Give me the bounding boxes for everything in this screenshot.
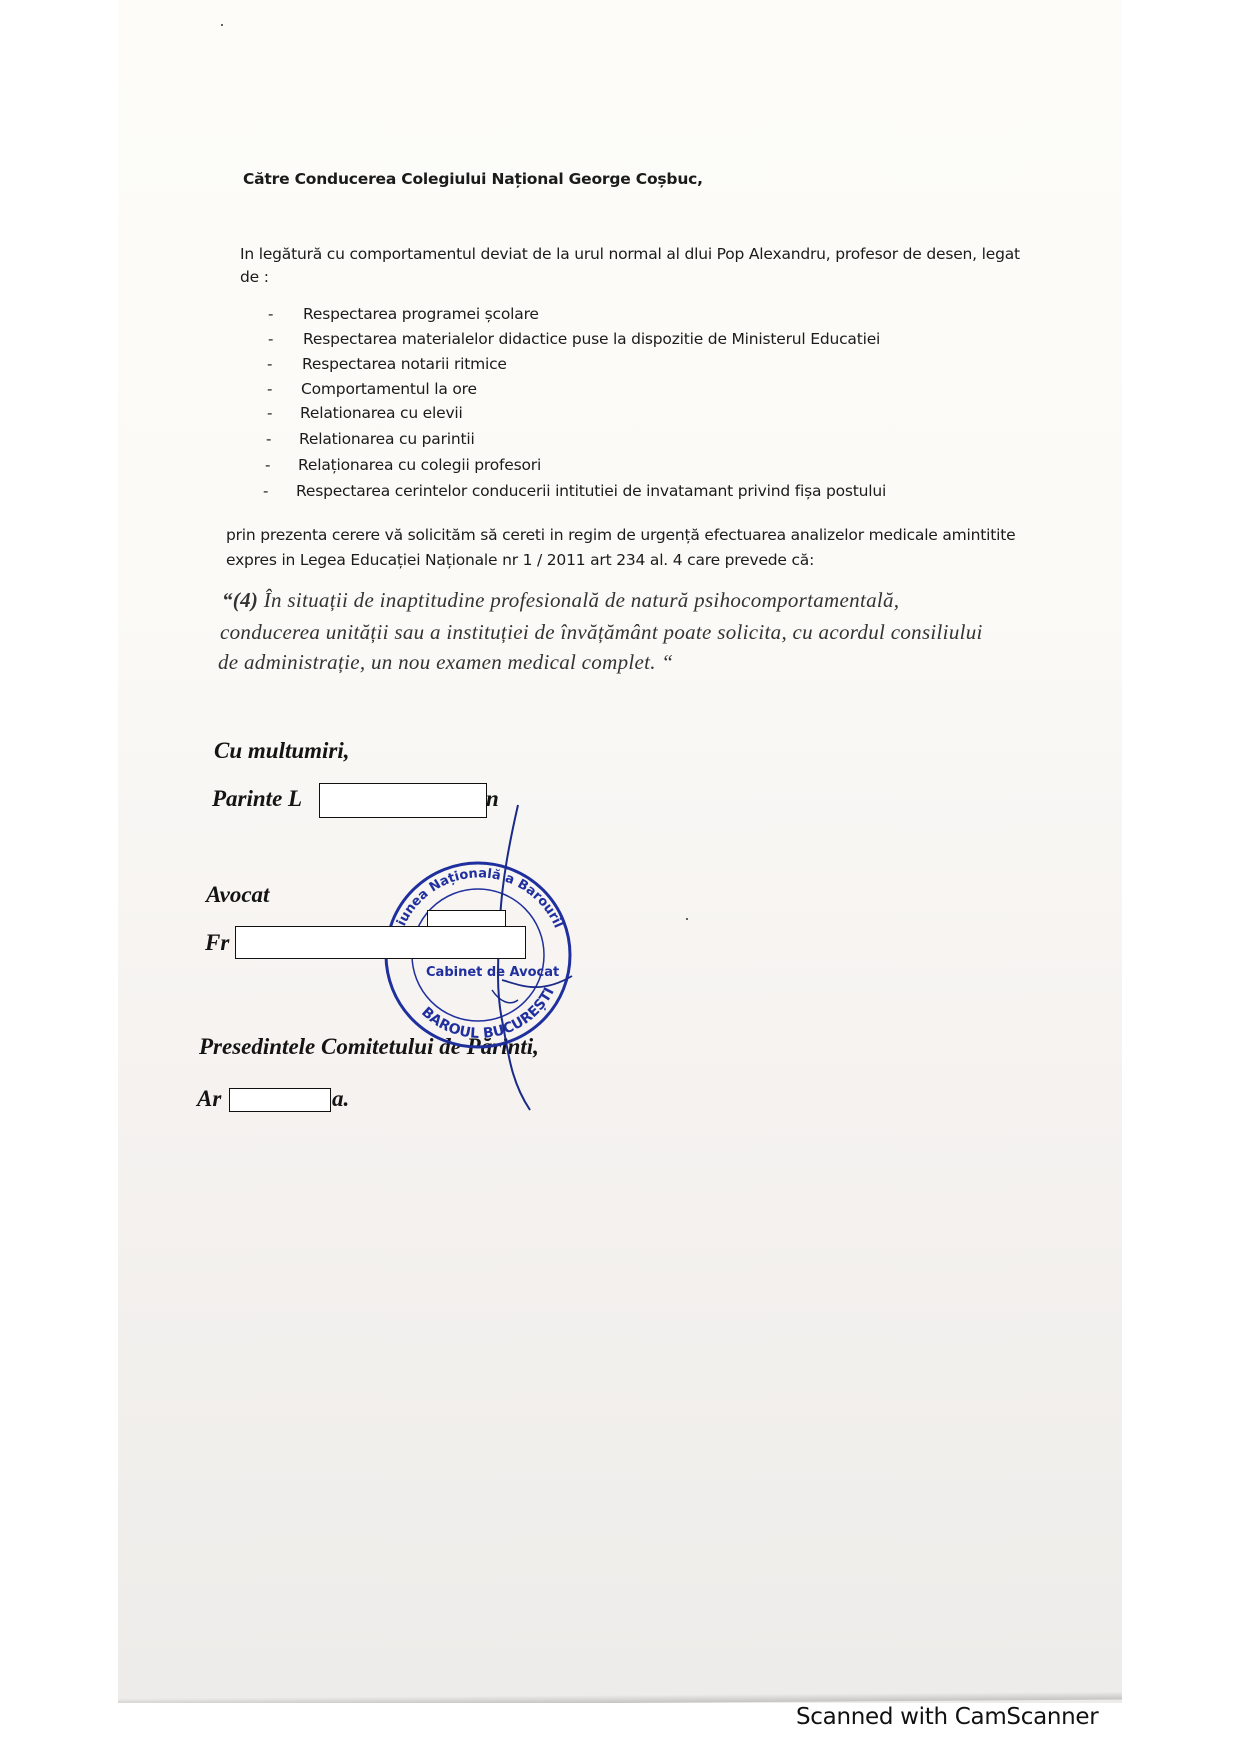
list-item: Relationarea cu parintii: [299, 430, 475, 448]
camscanner-watermark: Scanned with CamScanner: [796, 1704, 1098, 1730]
closing-text: Cu multumiri,: [214, 738, 350, 764]
redaction-box: [235, 926, 526, 959]
president-name-suffix: a.: [332, 1086, 349, 1112]
letter-heading: Către Conducerea Colegiului Național Geo…: [243, 170, 703, 188]
lawyer-name-prefix: Fr: [205, 930, 229, 956]
list-marker: -: [268, 330, 273, 348]
intro-line-2: de :: [240, 268, 269, 286]
lawyer-title: Avocat: [206, 882, 269, 908]
law-quote-line-1: “(4) În situații de inaptitudine profesi…: [222, 588, 899, 613]
list-item: Respectarea programei școlare: [303, 305, 539, 323]
list-item: Respectarea cerintelor conducerii intitu…: [296, 482, 886, 500]
list-marker: -: [265, 456, 270, 474]
list-marker: -: [267, 404, 272, 422]
president-name-prefix: Ar: [197, 1086, 221, 1112]
list-item: Relationarea cu elevii: [300, 404, 463, 422]
list-item: Comportamentul la ore: [301, 380, 477, 398]
list-marker: -: [268, 305, 273, 323]
svg-text:BAROUL BUCUREȘTI: BAROUL BUCUREȘTI: [418, 985, 557, 1042]
law-quote-line-2: conducerea unității sau a instituției de…: [220, 620, 983, 645]
list-marker: -: [266, 430, 271, 448]
list-marker: -: [267, 355, 272, 373]
quote-article-number: “(4): [222, 588, 258, 612]
intro-line-1: In legătură cu comportamentul deviat de …: [240, 245, 1020, 263]
list-marker: -: [267, 380, 272, 398]
list-marker: -: [263, 482, 268, 500]
redaction-box: [319, 783, 487, 818]
list-item: Respectarea materialelor didactice puse …: [303, 330, 880, 348]
redaction-box: [229, 1088, 331, 1112]
speck: [686, 918, 688, 920]
list-item: Relaționarea cu colegii profesori: [298, 456, 541, 474]
svg-text:Cabinet de Avocat: Cabinet de Avocat: [426, 965, 559, 980]
parent-signature-prefix: Parinte L: [212, 786, 302, 812]
speck: [221, 24, 223, 26]
quote-text-1: În situații de inaptitudine profesională…: [258, 588, 899, 612]
paragraph-line-1: prin prezenta cerere vă solicităm să cer…: [226, 526, 1015, 544]
paragraph-line-2: expres in Legea Educației Naționale nr 1…: [226, 551, 814, 569]
list-item: Respectarea notarii ritmice: [302, 355, 507, 373]
law-quote-line-3: de administrație, un nou examen medical …: [218, 650, 673, 675]
